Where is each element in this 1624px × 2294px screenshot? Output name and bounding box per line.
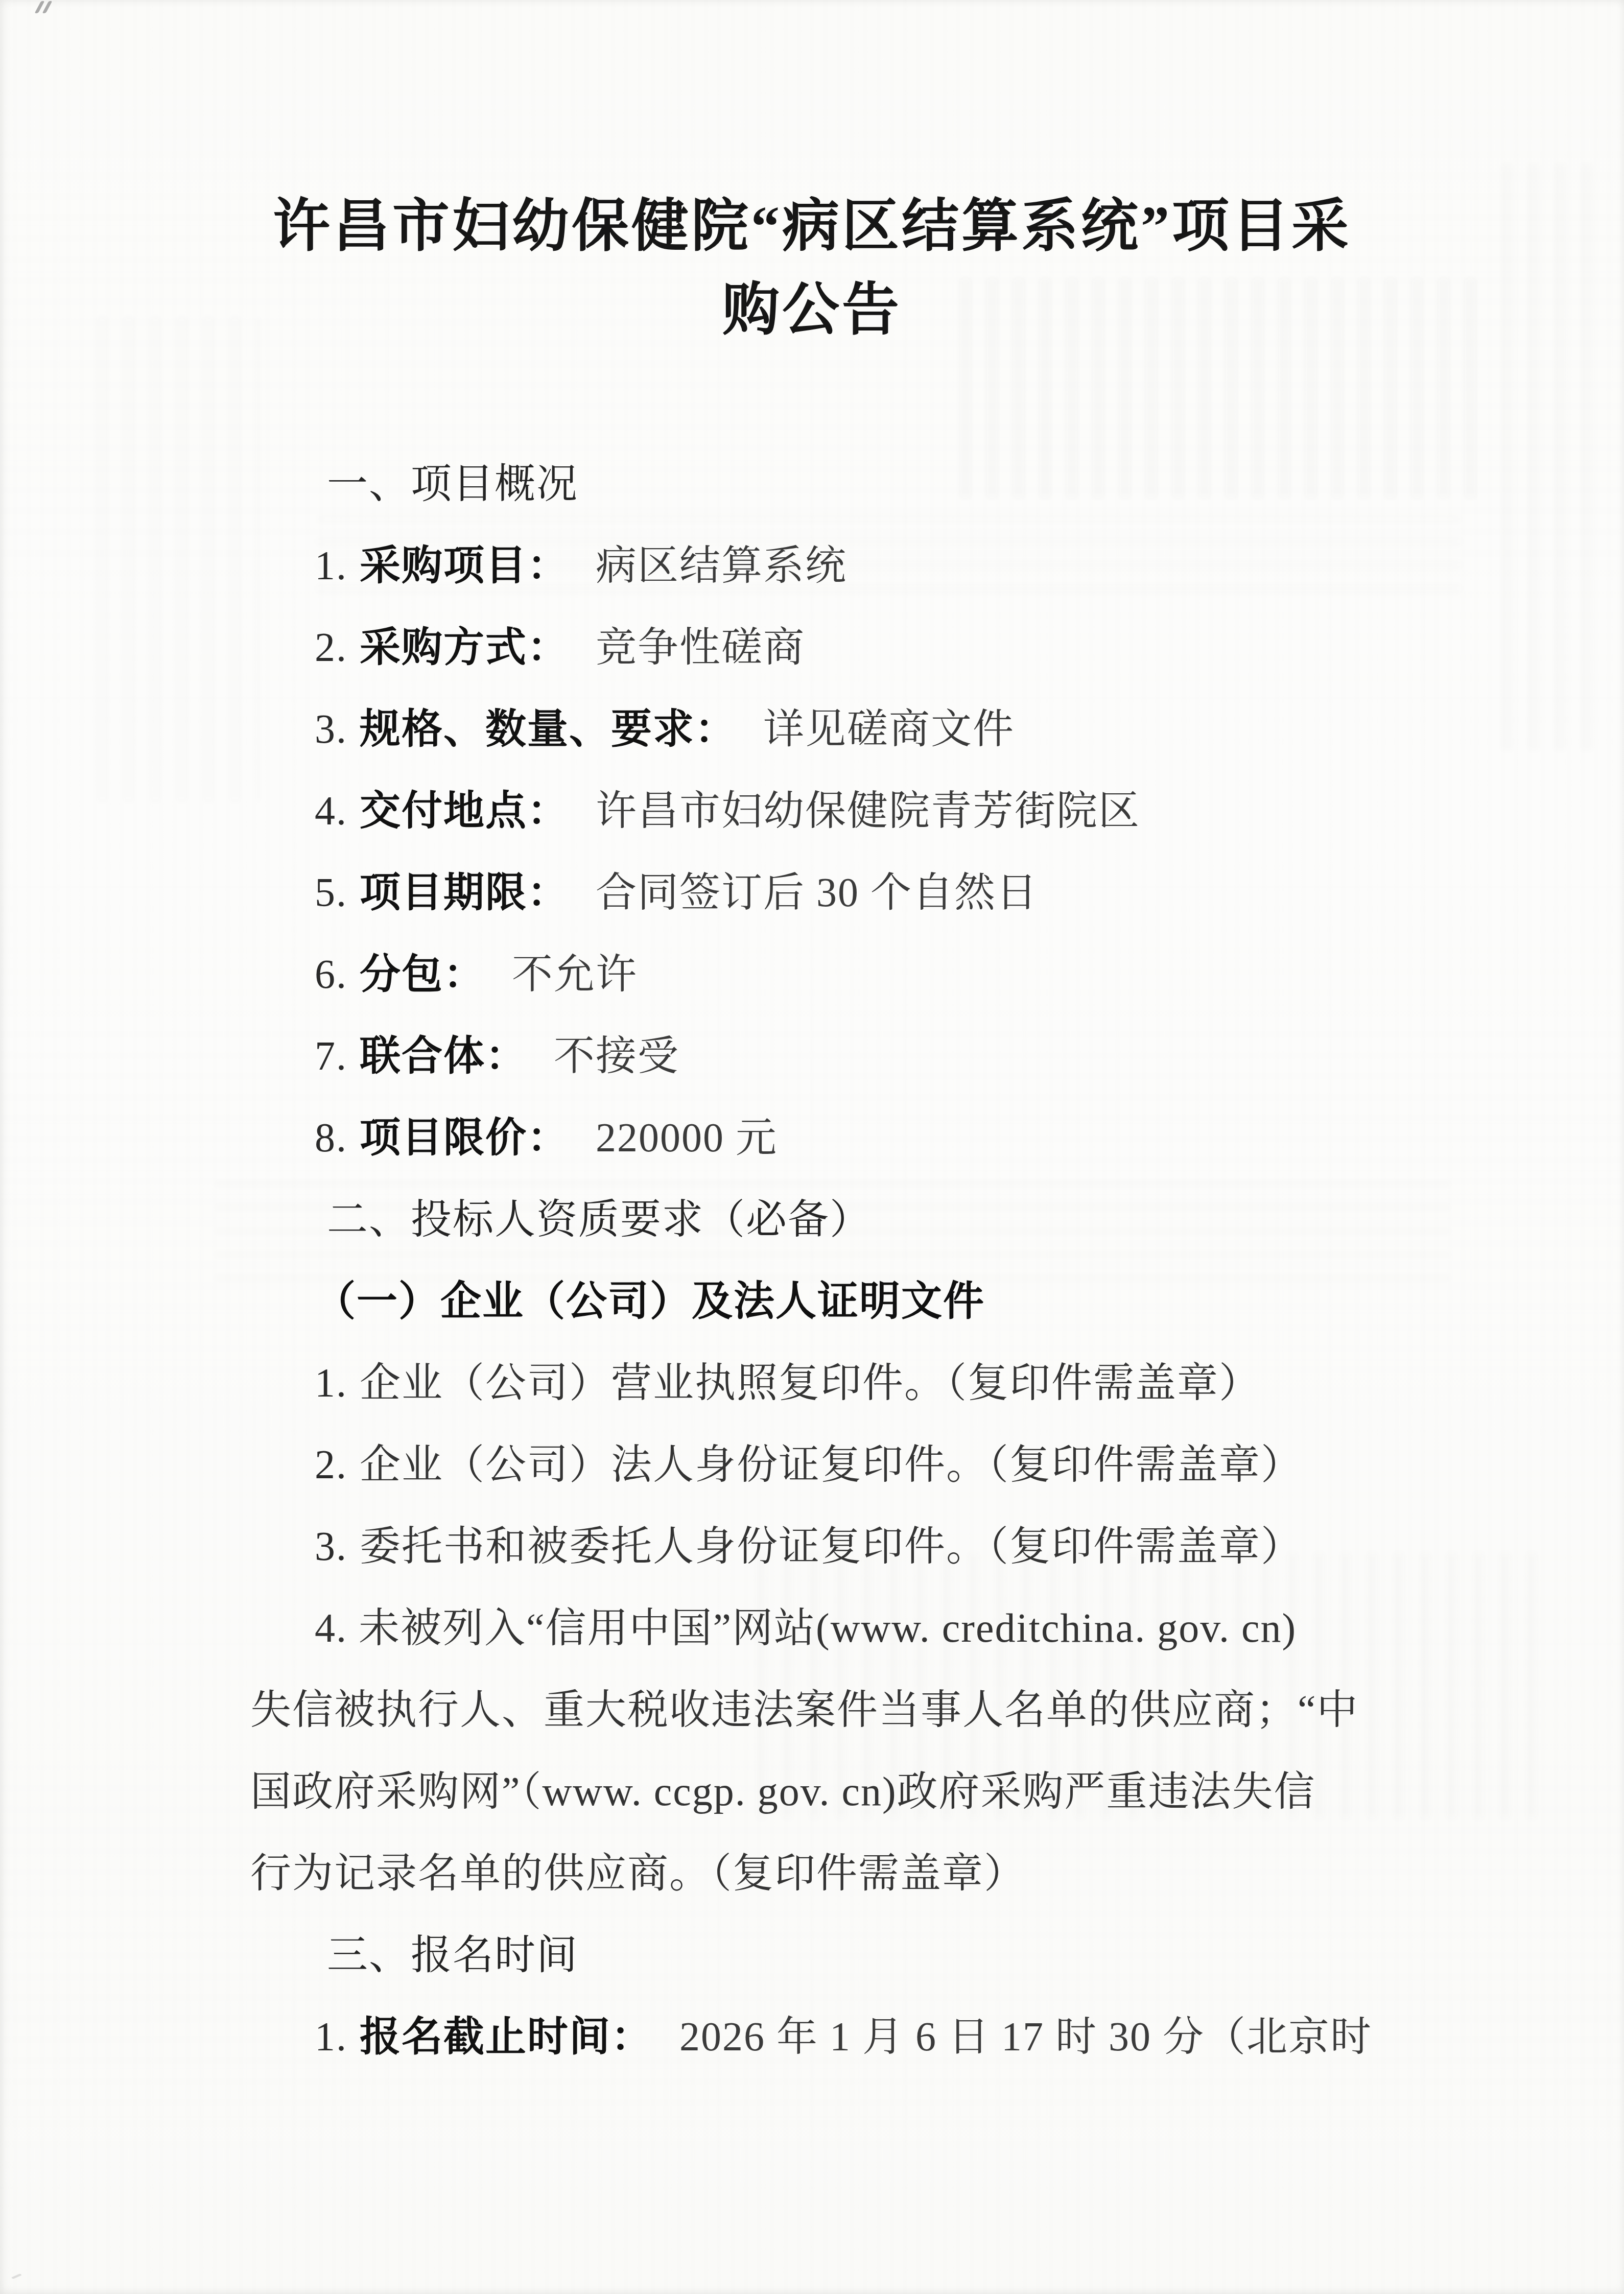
item-value: 详见磋商文件 [763,707,1015,752]
list-item: 6.分包：不允许 [250,934,1487,1015]
list-item: 2.企业（公司）法人身份证复印件。（复印件需盖章） [250,1424,1487,1506]
list-item: 1.采购项目：病区结算系统 [250,525,1487,607]
section-heading-qualification: 二、投标人资质要求（必备） [250,1179,1487,1261]
item-number: 2. [315,625,347,670]
list-item: 4.交付地点：许昌市妇幼保健院青芳街院区 [250,770,1487,852]
subsection-heading: （一）企业（公司）及法人证明文件 [250,1261,1487,1342]
list-item: 7.联合体：不接受 [250,1015,1487,1097]
item-number: 6. [315,952,347,997]
bleed-through-ghost [97,317,261,802]
item-label: 联合体： [360,1034,527,1079]
item-label: 交付地点： [360,789,569,834]
item-number: 7. [315,1034,347,1079]
item-value: 不接受 [554,1034,679,1079]
item-value: 合同签订后 30 个自然日 [596,870,1038,915]
scan-artifact [12,2272,22,2283]
list-item: 3.规格、数量、要求：详见磋商文件 [250,689,1487,770]
item-text: 企业（公司）营业执照复印件。（复印件需盖章） [360,1361,1261,1406]
list-item: 5.项目期限：合同签订后 30 个自然日 [250,852,1487,934]
scanned-document-page: 许昌市妇幼保健院“病区结算系统”项目采 购公告 一、项目概况 1.采购项目：病区… [0,0,1624,2294]
item-number: 4. [315,789,347,834]
item-value: 病区结算系统 [596,543,847,588]
list-item: 3.委托书和被委托人身份证复印件。（复印件需盖章） [250,1506,1487,1588]
item-value: 2026 年 1 月 6 日 17 时 30 分（北京时 [679,2015,1372,2060]
item-number: 5. [315,870,347,915]
list-item: 8.项目限价：220000 元 [250,1097,1487,1179]
item-value: 许昌市妇幼保健院青芳街院区 [596,789,1140,834]
item-number: 1. [315,1361,347,1406]
title-line-1: 许昌市妇幼保健院“病区结算系统”项目采 [0,185,1624,269]
item-text: 委托书和被委托人身份证复印件。（复印件需盖章） [360,1524,1303,1569]
item-label: 分包： [360,952,485,997]
paragraph-line: 4. 未被列入“信用中国”网站(www. creditchina. gov. c… [250,1588,1487,1669]
title-line-2: 购公告 [0,269,1624,352]
document-title: 许昌市妇幼保健院“病区结算系统”项目采 购公告 [0,185,1624,352]
list-item: 1.报名截止时间：2026 年 1 月 6 日 17 时 30 分（北京时 [250,1996,1487,2078]
item-label: 项目限价： [360,1116,569,1161]
item-label: 项目期限： [360,870,569,915]
item-label: 报名截止时间： [360,2015,653,2060]
item-value: 不允许 [512,952,638,997]
item-number: 1. [315,2015,347,2060]
item-number: 2. [315,1442,347,1487]
section-heading-overview: 一、项目概况 [250,443,1487,525]
item-number: 3. [315,707,347,752]
item-value: 220000 元 [596,1116,778,1161]
item-number: 8. [315,1116,347,1161]
item-label: 规格、数量、要求： [360,707,737,752]
list-item: 1.企业（公司）营业执照复印件。（复印件需盖章） [250,1342,1487,1424]
paragraph-line: 失信被执行人、重大税收违法案件当事人名单的供应商；“中 [250,1669,1487,1751]
item-label: 采购项目： [360,543,569,588]
paragraph-line: 行为记录名单的供应商。（复印件需盖章） [250,1833,1487,1914]
scan-artifact [38,1,53,16]
document-body: 一、项目概况 1.采购项目：病区结算系统 2.采购方式：竞争性磋商 3.规格、数… [250,443,1487,2078]
item-value: 竞争性磋商 [596,625,805,670]
section-heading-registration: 三、报名时间 [250,1914,1487,1996]
item-number: 1. [315,543,347,588]
item-text: 企业（公司）法人身份证复印件。（复印件需盖章） [360,1442,1303,1487]
paragraph-line: 国政府采购网”（www. ccgp. gov. cn)政府采购严重违法失信 [250,1751,1487,1833]
item-label: 采购方式： [360,625,569,670]
list-item: 2.采购方式：竞争性磋商 [250,607,1487,689]
item-number: 3. [315,1524,347,1569]
